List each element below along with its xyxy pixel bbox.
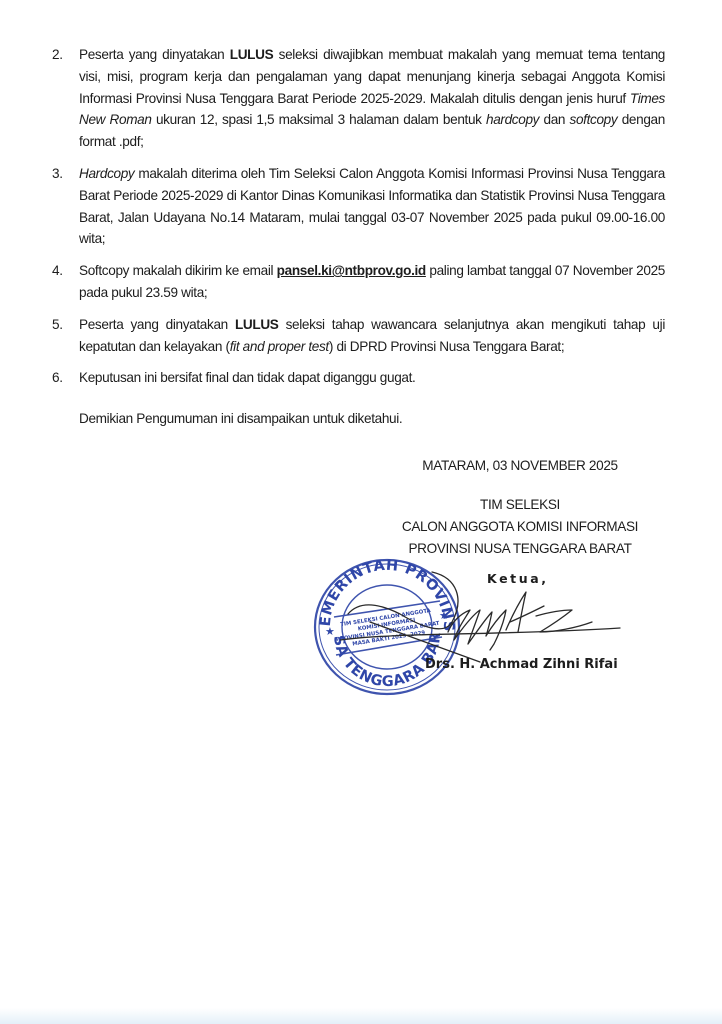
list-text: Peserta yang dinyatakan	[79, 47, 230, 62]
email-link[interactable]: pansel.ki@ntbprov.go.id	[277, 263, 426, 278]
list-item: 6.Keputusan ini bersifat final dan tidak…	[52, 367, 665, 389]
emphasis-bold: LULUS	[235, 317, 279, 332]
closing-statement: Demikian Pengumuman ini disampaikan untu…	[79, 411, 402, 426]
emphasis-bold: LULUS	[230, 47, 274, 62]
list-text: ukuran 12, spasi 1,5 maksimal 3 halaman …	[152, 112, 486, 127]
list-number: 3.	[52, 163, 63, 185]
list-number: 4.	[52, 260, 63, 282]
list-text: Peserta yang dinyatakan	[79, 317, 235, 332]
list-text: dan	[539, 112, 569, 127]
requirements-list: 2.Peserta yang dinyatakan LULUS seleksi …	[52, 44, 665, 399]
document-page: 2.Peserta yang dinyatakan LULUS seleksi …	[0, 0, 722, 1024]
svg-text:★: ★	[325, 625, 335, 638]
signer-name: Drs. H. Achmad Zihni Rifai	[425, 657, 618, 672]
emphasis-italic: hardcopy	[486, 112, 539, 127]
list-number: 5.	[52, 314, 63, 336]
list-text: Keputusan ini bersifat final dan tidak d…	[79, 370, 415, 385]
scan-edge	[0, 1008, 722, 1024]
list-item: 5.Peserta yang dinyatakan LULUS seleksi …	[52, 314, 665, 358]
committee-line: CALON ANGGOTA KOMISI INFORMASI	[360, 516, 680, 538]
emphasis-italic: softcopy	[570, 112, 618, 127]
emphasis-italic: fit and proper test	[230, 339, 329, 354]
signature-icon	[340, 570, 640, 670]
list-item: 4.Softcopy makalah dikirim ke email pans…	[52, 260, 665, 304]
list-number: 2.	[52, 44, 63, 66]
list-text: makalah diterima oleh Tim Seleksi Calon …	[79, 166, 665, 246]
list-text: ) di DPRD Provinsi Nusa Tenggara Barat;	[329, 339, 564, 354]
list-item: 2.Peserta yang dinyatakan LULUS seleksi …	[52, 44, 665, 153]
emphasis-italic: Hardcopy	[79, 166, 134, 181]
committee-name: TIM SELEKSI CALON ANGGOTA KOMISI INFORMA…	[360, 494, 680, 560]
list-item: 3.Hardcopy makalah diterima oleh Tim Sel…	[52, 163, 665, 250]
place-date: MATARAM, 03 NOVEMBER 2025	[360, 458, 680, 473]
list-number: 6.	[52, 367, 63, 389]
committee-line: TIM SELEKSI	[360, 494, 680, 516]
list-text: Softcopy makalah dikirim ke email	[79, 263, 277, 278]
